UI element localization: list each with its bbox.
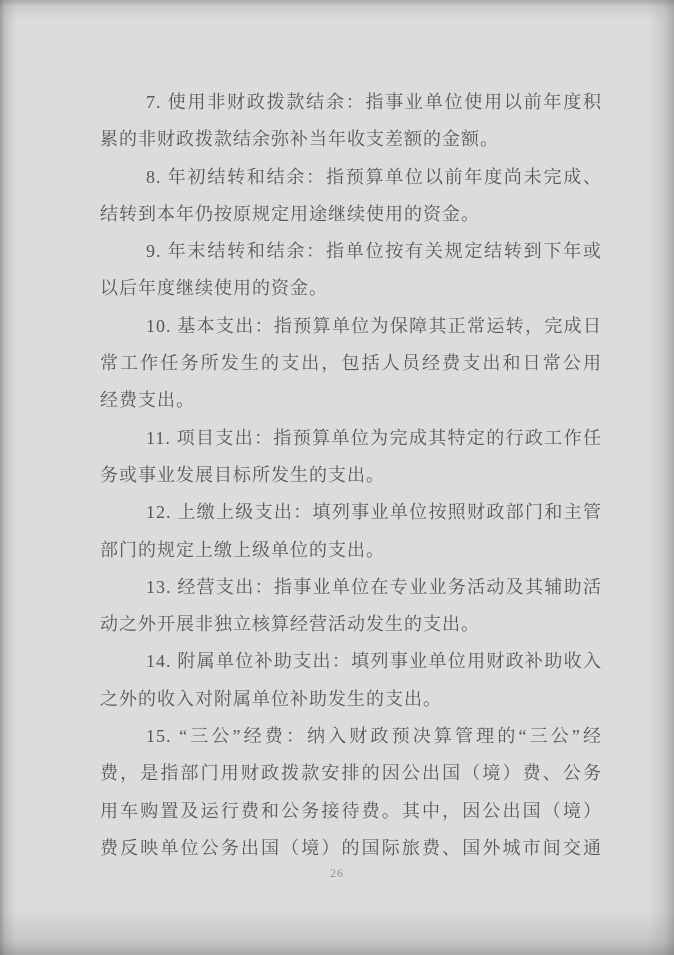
definition-paragraph-14: 14. 附属单位补助支出：填列事业单位用财政补助收入 之外的收入对附属单位补助发…	[100, 643, 602, 718]
text-line: 11. 项目支出：指预算单位为完成其特定的行政工作任	[100, 420, 602, 457]
text-line: 累的非财政拨款结余弥补当年收支差额的金额。	[100, 121, 602, 158]
text-line: 结转到本年仍按原规定用途继续使用的资金。	[100, 196, 602, 233]
definition-paragraph-15: 15. “三公”经费：纳入财政预决算管理的“三公”经 费，是指部门用财政拨款安排…	[100, 718, 602, 867]
text-line: 常工作任务所发生的支出，包括人员经费支出和日常公用	[100, 345, 602, 382]
text-line: 14. 附属单位补助支出：填列事业单位用财政补助收入	[100, 643, 602, 680]
definition-paragraph-12: 12. 上缴上级支出：填列事业单位按照财政部门和主管 部门的规定上缴上级单位的支…	[100, 494, 602, 569]
text-line: 15. “三公”经费：纳入财政预决算管理的“三公”经	[100, 718, 602, 755]
scanned-document-page: 7. 使用非财政拨款结余：指事业单位使用以前年度积 累的非财政拨款结余弥补当年收…	[0, 0, 674, 955]
document-text-block: 7. 使用非财政拨款结余：指事业单位使用以前年度积 累的非财政拨款结余弥补当年收…	[100, 84, 602, 867]
text-line: 之外的收入对附属单位补助发生的支出。	[100, 681, 602, 718]
text-line: 以后年度继续使用的资金。	[100, 270, 602, 307]
definition-paragraph-9: 9. 年末结转和结余：指单位按有关规定结转到下年或 以后年度继续使用的资金。	[100, 233, 602, 308]
text-line: 9. 年末结转和结余：指单位按有关规定结转到下年或	[100, 233, 602, 270]
text-line: 动之外开展非独立核算经营活动发生的支出。	[100, 606, 602, 643]
definition-paragraph-11: 11. 项目支出：指预算单位为完成其特定的行政工作任 务或事业发展目标所发生的支…	[100, 420, 602, 495]
page-number: 26	[0, 866, 674, 881]
text-line: 10. 基本支出：指预算单位为保障其正常运转，完成日	[100, 308, 602, 345]
text-line: 经费支出。	[100, 382, 602, 419]
text-line: 12. 上缴上级支出：填列事业单位按照财政部门和主管	[100, 494, 602, 531]
text-line: 部门的规定上缴上级单位的支出。	[100, 532, 602, 569]
text-line: 费反映单位公务出国（境）的国际旅费、国外城市间交通	[100, 830, 602, 867]
text-line: 费，是指部门用财政拨款安排的因公出国（境）费、公务	[100, 755, 602, 792]
text-line: 用车购置及运行费和公务接待费。其中，因公出国（境）	[100, 793, 602, 830]
definition-paragraph-10: 10. 基本支出：指预算单位为保障其正常运转，完成日 常工作任务所发生的支出，包…	[100, 308, 602, 420]
definition-paragraph-8: 8. 年初结转和结余：指预算单位以前年度尚未完成、 结转到本年仍按原规定用途继续…	[100, 159, 602, 234]
text-line: 7. 使用非财政拨款结余：指事业单位使用以前年度积	[100, 84, 602, 121]
definition-paragraph-7: 7. 使用非财政拨款结余：指事业单位使用以前年度积 累的非财政拨款结余弥补当年收…	[100, 84, 602, 159]
text-line: 8. 年初结转和结余：指预算单位以前年度尚未完成、	[100, 159, 602, 196]
text-line: 务或事业发展目标所发生的支出。	[100, 457, 602, 494]
text-line: 13. 经营支出：指事业单位在专业业务活动及其辅助活	[100, 569, 602, 606]
definition-paragraph-13: 13. 经营支出：指事业单位在专业业务活动及其辅助活 动之外开展非独立核算经营活…	[100, 569, 602, 644]
